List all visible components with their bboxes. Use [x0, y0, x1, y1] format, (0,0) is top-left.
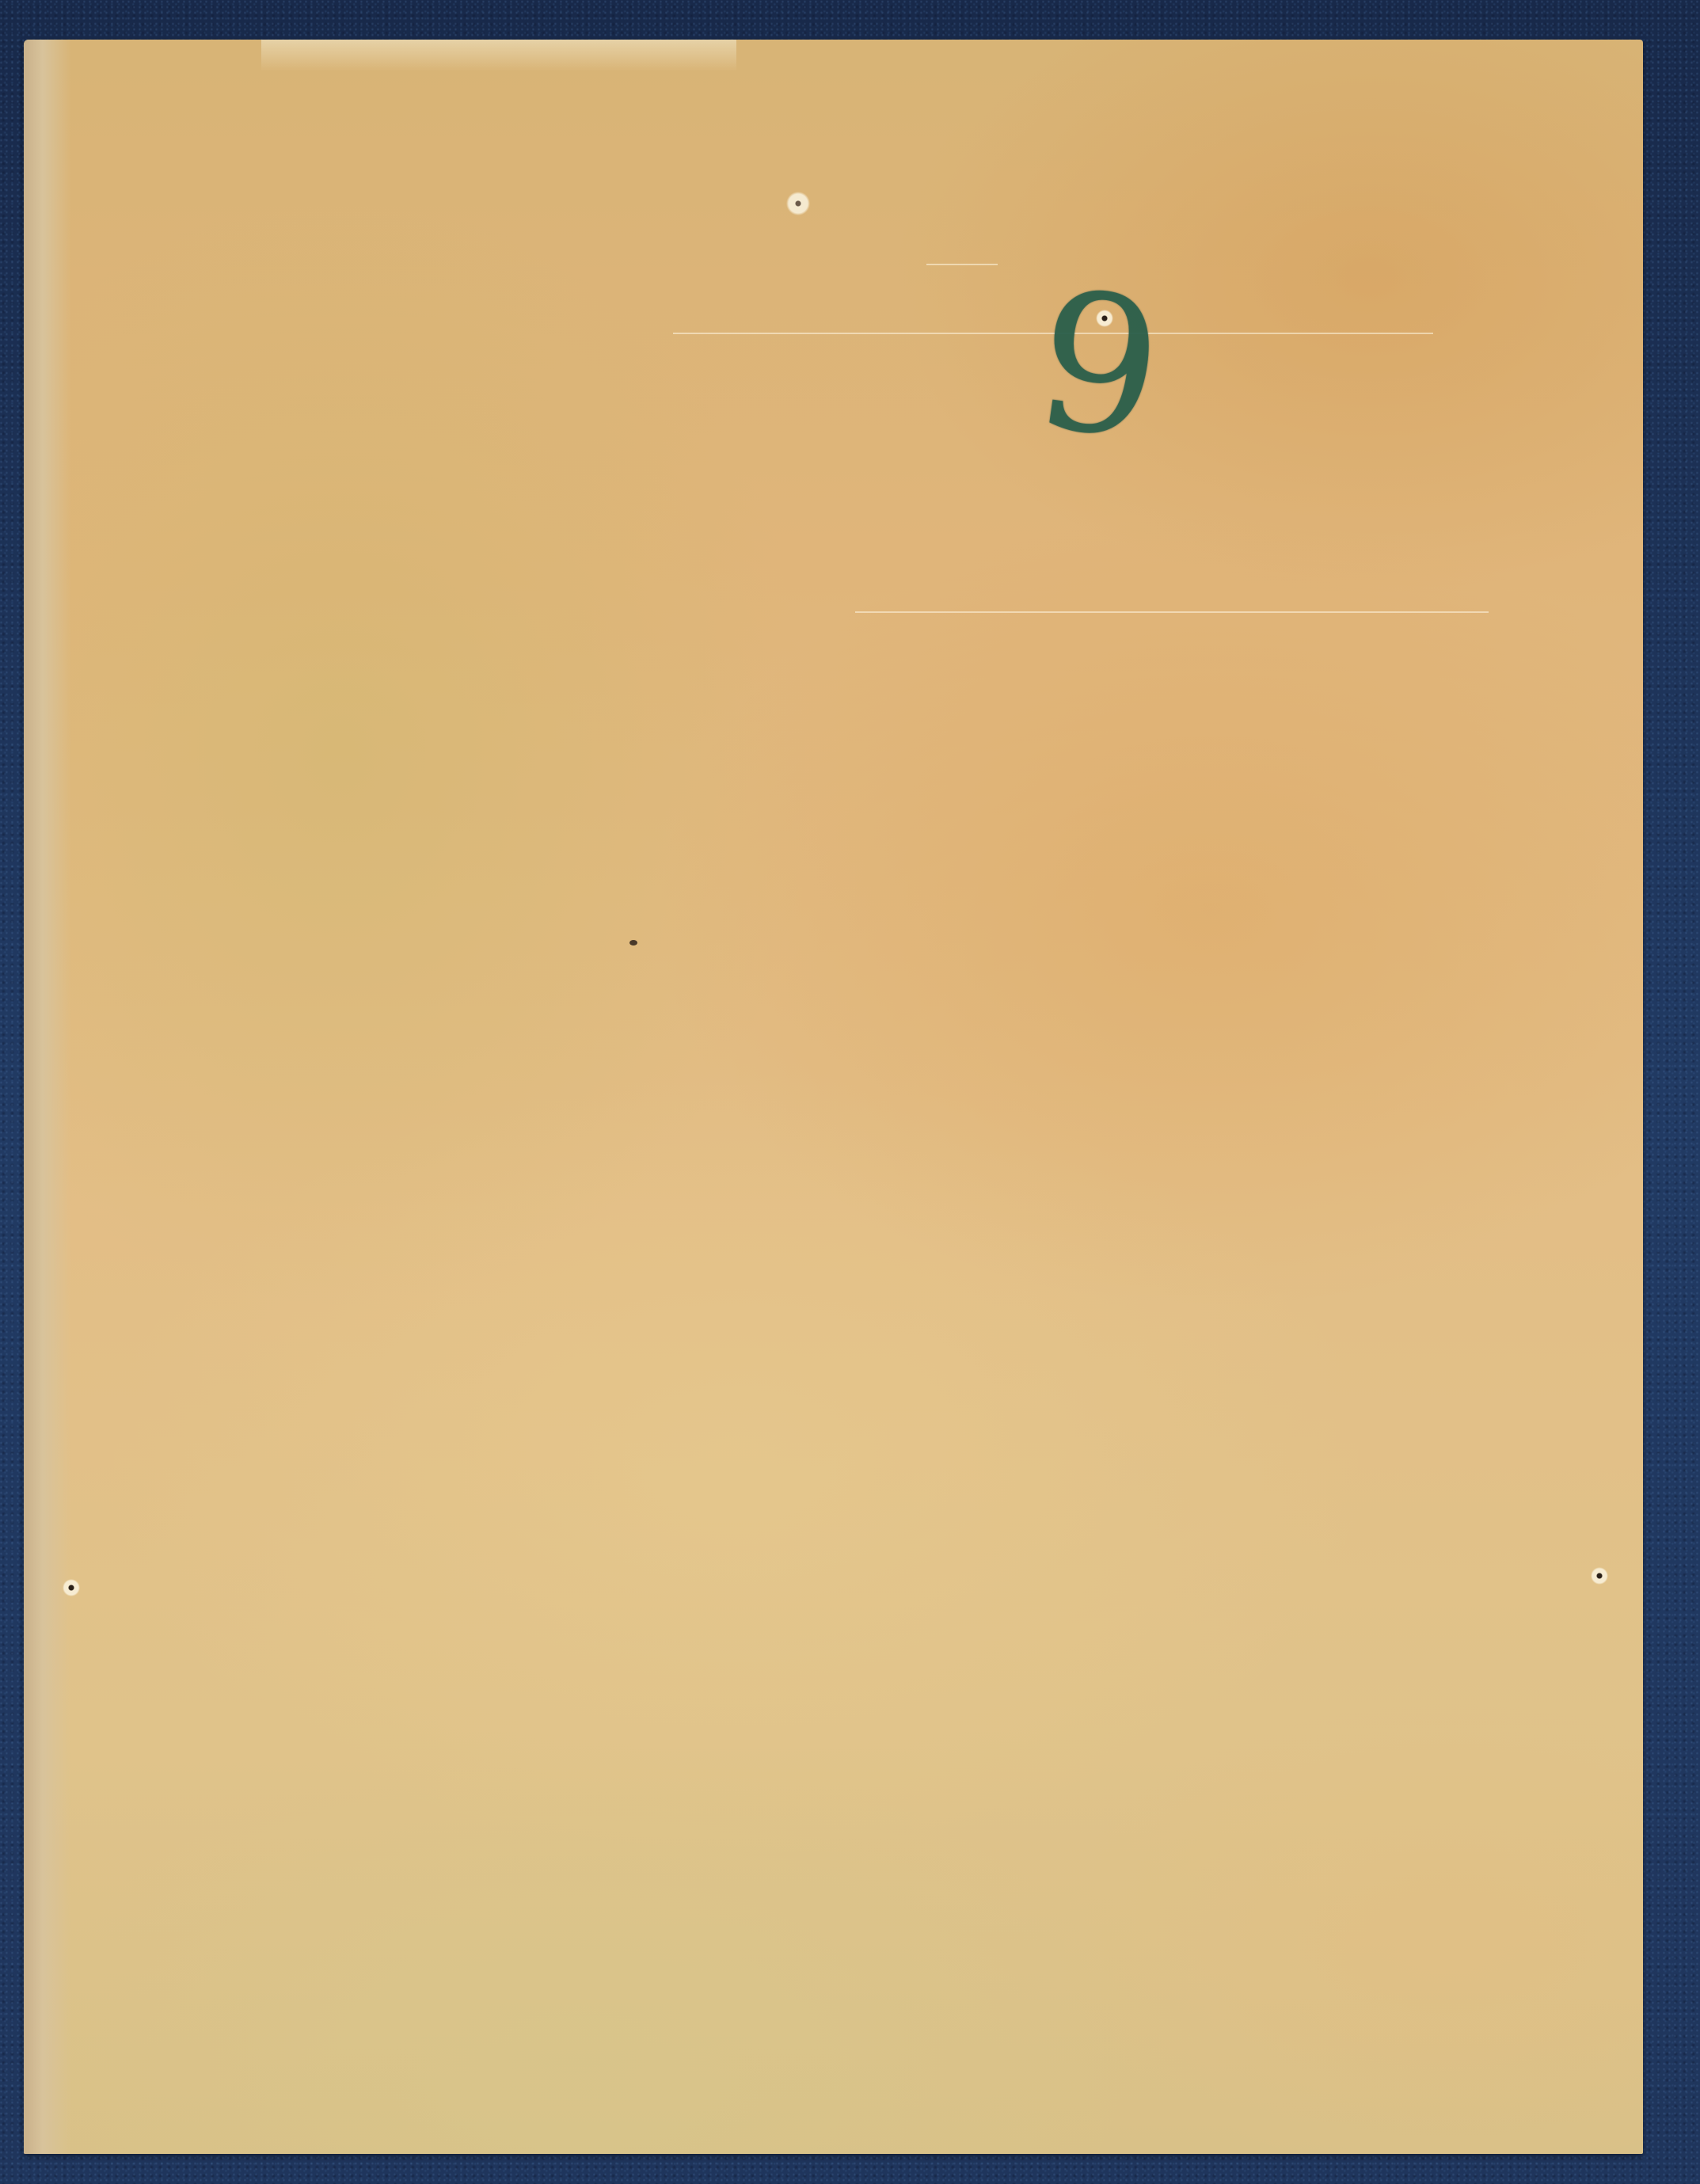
board-left-edge	[24, 40, 71, 2154]
scratch-line	[855, 611, 1489, 613]
aged-board: 9	[24, 40, 1643, 2154]
handwritten-number: 9	[1012, 238, 1186, 493]
dark-speck	[629, 940, 637, 946]
board-top-wear	[261, 40, 736, 71]
pin-hole-top	[786, 192, 810, 215]
scratch-line	[926, 264, 998, 265]
pin-hole-right	[1591, 1567, 1608, 1585]
pin-hole-left	[63, 1579, 80, 1596]
